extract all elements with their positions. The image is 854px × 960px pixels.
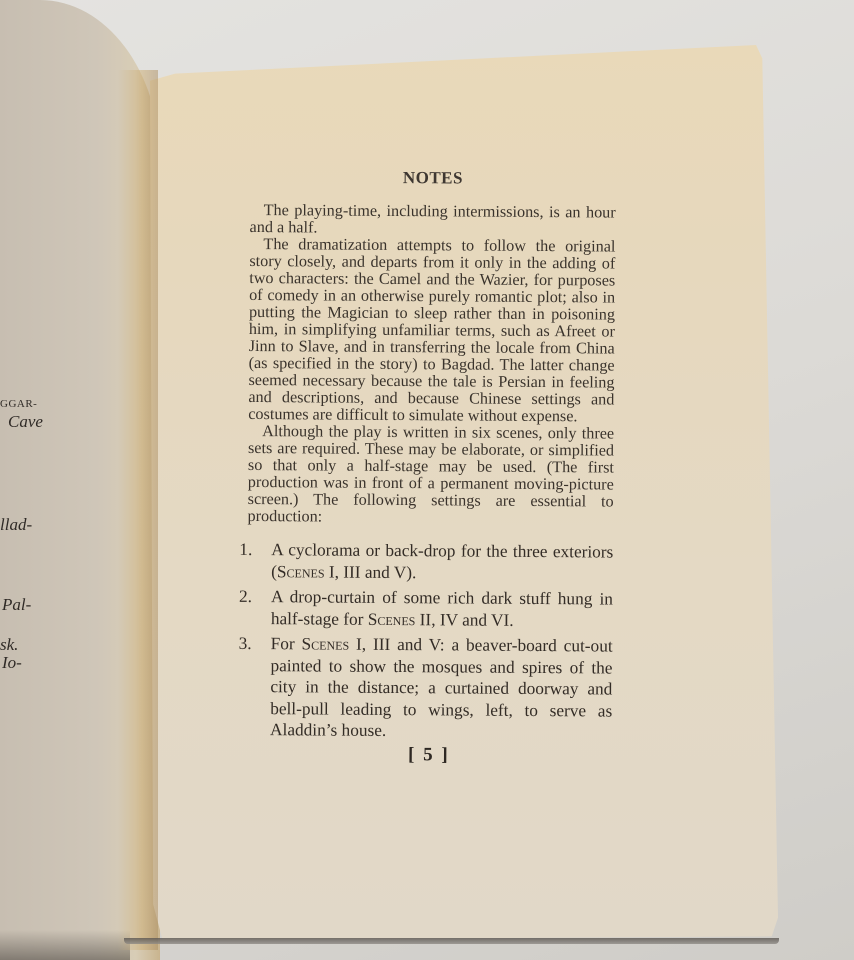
list-number: 3. <box>238 633 271 741</box>
left-fragment: sk. <box>0 635 18 655</box>
list-text: A cyclorama or back-drop for the three e… <box>271 539 613 584</box>
page-number: [ 5 ] <box>246 744 612 764</box>
left-fragment: Io- <box>2 653 22 673</box>
left-fragment: GGAR- <box>0 398 37 410</box>
list-item: 2. A drop-curtain of some rich dark stuf… <box>247 586 613 632</box>
paragraph: The playing-time, including intermission… <box>250 202 616 239</box>
notes-content: NOTES The playing-time, including interm… <box>246 168 616 764</box>
settings-list: 1. A cyclorama or back-drop for the thre… <box>246 539 613 743</box>
book-gutter <box>118 70 158 950</box>
left-fragment: Cave <box>8 412 43 432</box>
left-page-shadow <box>0 930 130 960</box>
page-title: NOTES <box>250 168 616 188</box>
paragraph: The dramatization attempts to follow the… <box>248 236 615 426</box>
left-fragment: llad- <box>0 515 32 535</box>
list-item: 3. For Scenes I, III and V: a beaver-boa… <box>246 633 613 743</box>
page-bottom-edge <box>124 938 779 944</box>
paragraph: Although the play is written in six scen… <box>248 423 615 528</box>
list-number: 1. <box>239 539 271 582</box>
list-item: 1. A cyclorama or back-drop for the thre… <box>247 539 613 585</box>
list-number: 2. <box>239 586 271 629</box>
left-fragment: Pal- <box>2 595 31 615</box>
list-text: For Scenes I, III and V: a beaver-board … <box>270 633 613 743</box>
list-text: A drop-curtain of some rich dark stuff h… <box>271 586 613 631</box>
